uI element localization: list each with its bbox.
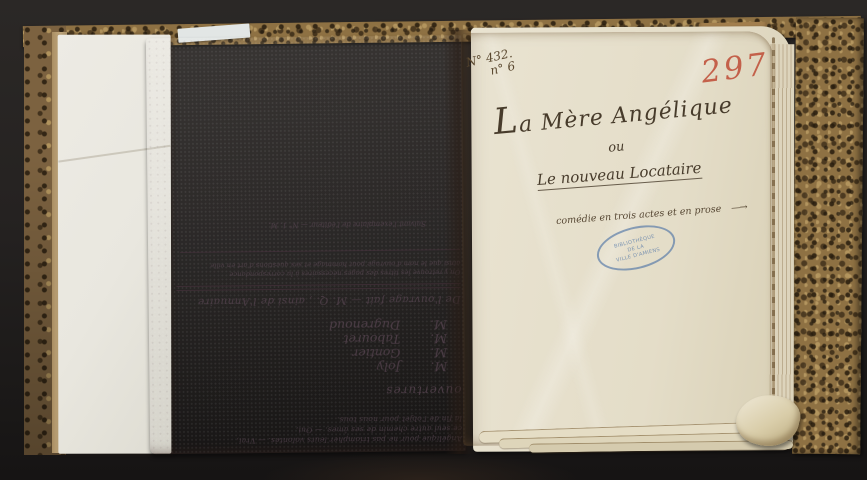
upside-down-printed-page: Angélique pour ne pas triompher leurs vo… [146,35,466,454]
printed-cast-list: M. Joly M. Gontier M. Tabouret M. [169,317,462,376]
printed-double-rule [176,283,460,291]
pen-flourish: —→ [721,202,747,215]
printed-paragraph: On y retrouve les titres des pages néces… [168,258,460,279]
printed-word: ouvertures [169,383,461,400]
printed-imprint-line: Suivant l'exemplaire de l'éditeur — N° 1… [168,219,426,230]
deckle-edge [772,37,775,433]
photo-backdrop: Angélique pour ne pas triompher leurs vo… [0,0,867,480]
book: Angélique pour ne pas triompher leurs vo… [0,0,867,480]
printed-rule [180,249,460,253]
right-cover-board [792,18,864,455]
left-page-mauve: Angélique pour ne pas triompher leurs vo… [146,35,466,454]
printed-heading: De l'ouvrage fait — M. Q. , ainsi de l'A… [169,293,461,308]
